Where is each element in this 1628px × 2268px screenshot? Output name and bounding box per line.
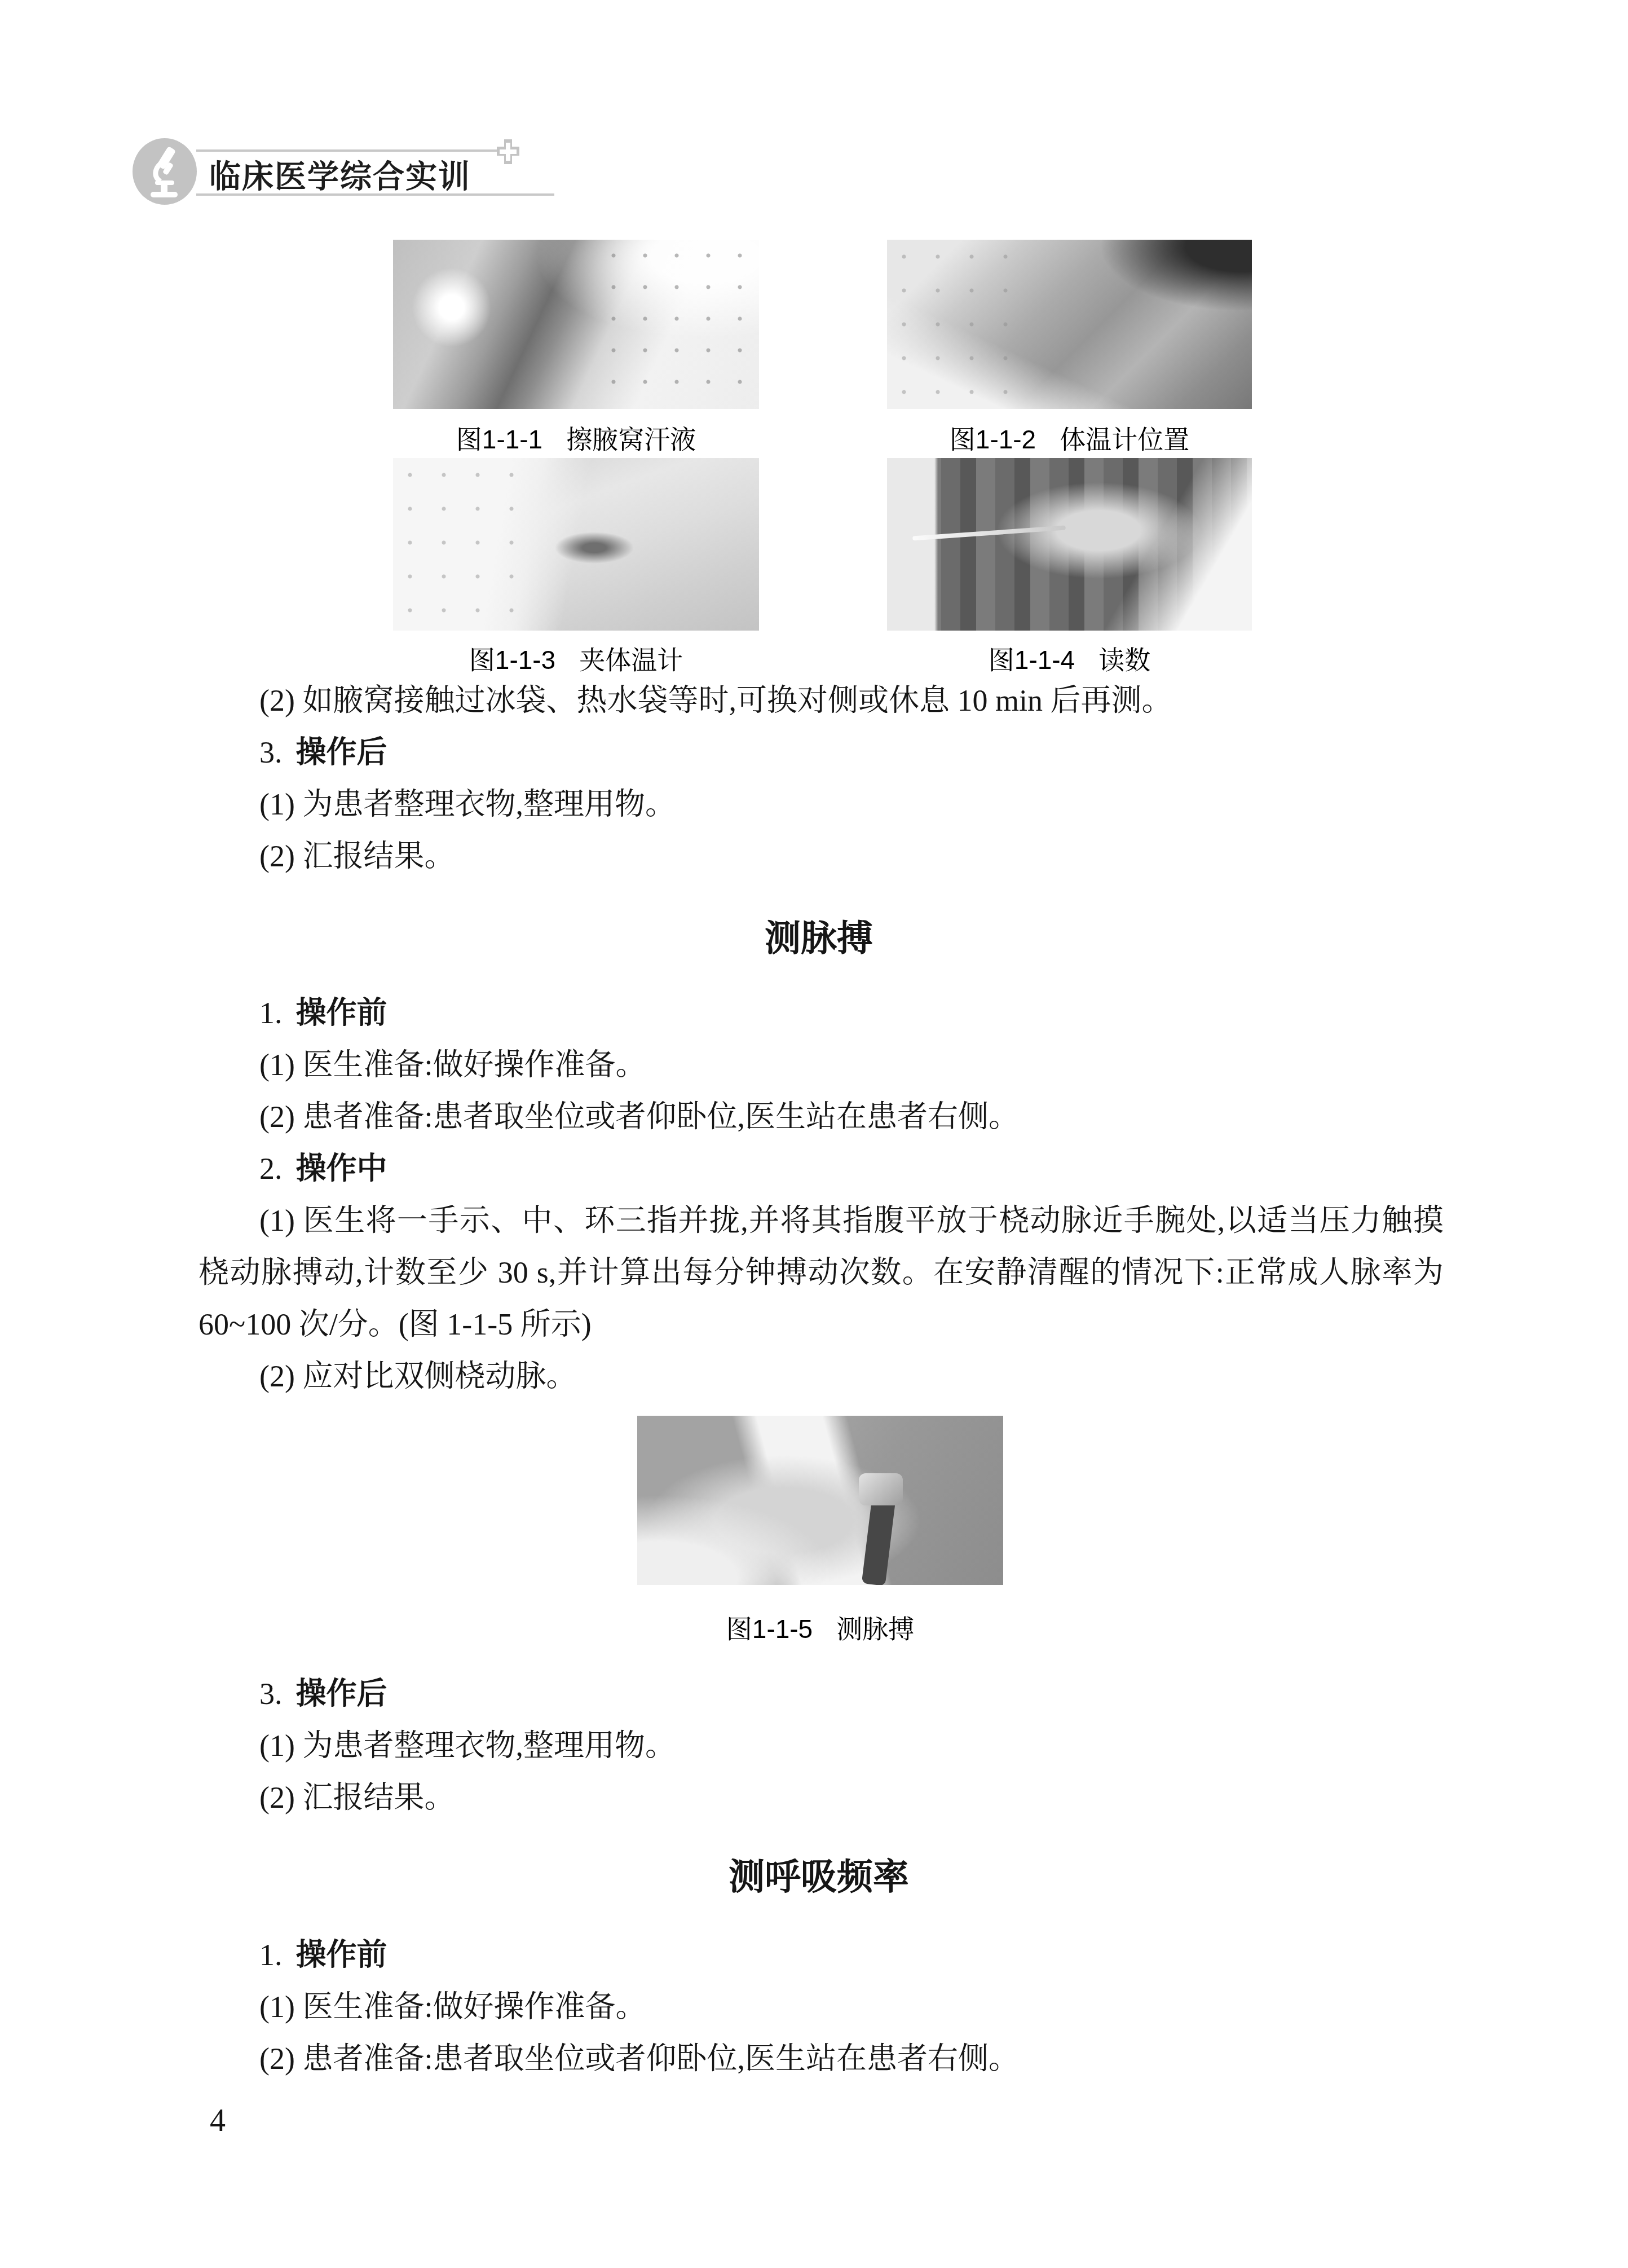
subheading-before-operation: 1.操作前 [198,987,1473,1039]
figure-1-1-1: 图1-1-1擦腋窝汗液 [393,240,759,455]
figure-title: 擦腋窝汗液 [566,425,696,454]
subheading-before-operation: 1.操作前 [198,1929,1473,1981]
figure-caption: 图1-1-2体温计位置 [887,424,1252,455]
subheading-after-operation: 3.操作后 [198,726,1473,778]
page-number: 4 [210,2103,226,2139]
figure-label: 图1-1-1 [456,425,542,454]
subheading-label: 操作前 [296,996,387,1030]
subheading-label: 操作前 [296,1938,387,1972]
list-item: (1) 医生准备:做好操作准备。 [198,1981,1473,2033]
textbook-page: 临床医学综合实训 图1-1-1擦腋窝汗液 图1-1-2体温计位置 图1 [0,0,1628,2268]
subheading-after-operation: 3.操作后 [198,1668,1473,1720]
figure-1-1-2: 图1-1-2体温计位置 [887,240,1252,455]
subheading-number: 1. [259,996,283,1030]
book-title: 临床医学综合实训 [209,152,471,197]
list-item: (1) 为患者整理衣物,整理用物。 [198,1720,1473,1772]
list-item: (1) 医生准备:做好操作准备。 [198,1039,1473,1091]
thermometer-icon [912,525,1066,540]
subheading-label: 操作中 [296,1152,387,1186]
list-item: (2) 患者准备:患者取坐位或者仰卧位,医生站在患者右侧。 [198,2033,1473,2085]
section-title-respiration: 测呼吸频率 [198,1846,1439,1908]
subheading-number: 3. [259,736,283,769]
section-title-pulse: 测脉搏 [198,908,1439,970]
gown-dots-pattern [887,240,1033,409]
figure-caption: 图1-1-3夹体温计 [393,644,759,676]
figure-1-1-4: 图1-1-4读数 [887,458,1252,676]
figure-label: 图1-1-2 [950,425,1036,454]
microscope-logo-badge [133,138,197,205]
list-item: (2) 汇报结果。 [198,830,1473,882]
list-item: (2) 患者准备:患者取坐位或者仰卧位,医生站在患者右侧。 [198,1091,1473,1143]
paragraph-axilla-note: (2) 如腋窝接触过冰袋、热水袋等时,可换对侧或休息 10 min 后再测。 [198,675,1473,726]
header-rule-bottom [196,193,554,196]
photo-clamping-thermometer [393,458,759,631]
gown-dots-pattern [393,458,540,631]
figure-title: 夹体温计 [579,645,683,675]
medical-cross-icon [496,138,520,165]
figure-caption: 图1-1-4读数 [887,644,1252,676]
figure-5-spacer [198,1402,1473,1668]
figure-label: 图1-1-4 [989,645,1075,675]
subheading-number: 2. [259,1152,283,1186]
photo-thermometer-position [887,240,1252,409]
subheading-label: 操作后 [296,736,387,769]
subheading-during-operation: 2.操作中 [198,1143,1473,1195]
photo-wiping-axilla [393,240,759,409]
figure-1-1-3: 图1-1-3夹体温计 [393,458,759,676]
microscope-icon [143,146,187,197]
figure-label: 图1-1-3 [469,645,555,675]
figure-title: 体温计位置 [1060,425,1189,454]
subheading-number: 1. [259,1938,283,1972]
list-item: (1) 为患者整理衣物,整理用物。 [198,778,1473,830]
paragraph-pulse-method: (1) 医生将一手示、中、环三指并拢,并将其指腹平放于桡动脉近手腕处,以适当压力… [198,1195,1444,1350]
list-item: (2) 汇报结果。 [198,1772,1473,1824]
subheading-label: 操作后 [296,1677,387,1711]
photo-reading-thermometer [887,458,1252,631]
gown-dots-pattern [598,240,759,409]
list-item: (2) 应对比双侧桡动脉。 [198,1350,1473,1402]
subheading-number: 3. [259,1677,283,1711]
page-header: 临床医学综合实训 [131,138,571,212]
figure-title: 读数 [1098,645,1150,675]
figure-caption: 图1-1-1擦腋窝汗液 [393,424,759,455]
body-text: (2) 如腋窝接触过冰袋、热水袋等时,可换对侧或休息 10 min 后再测。 3… [198,675,1473,2085]
